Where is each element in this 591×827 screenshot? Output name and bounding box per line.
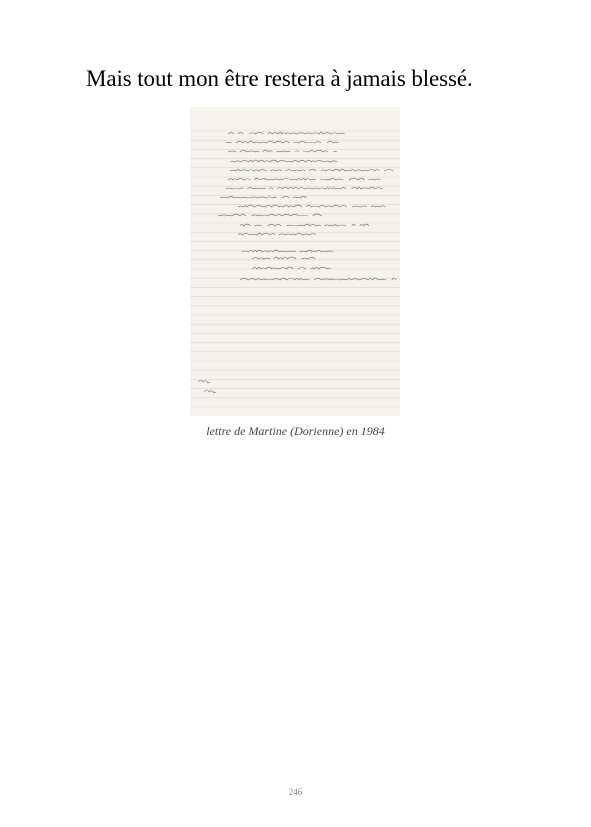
letter-scan-graphic	[190, 107, 400, 416]
page-number: 246	[0, 787, 591, 797]
document-page: Mais tout mon être restera à jamais bles…	[0, 0, 591, 827]
figure-caption: lettre de Martine (Dorienne) en 1984	[0, 424, 591, 439]
handwritten-letter-image	[190, 107, 400, 416]
page-heading: Mais tout mon être restera à jamais bles…	[86, 66, 473, 92]
